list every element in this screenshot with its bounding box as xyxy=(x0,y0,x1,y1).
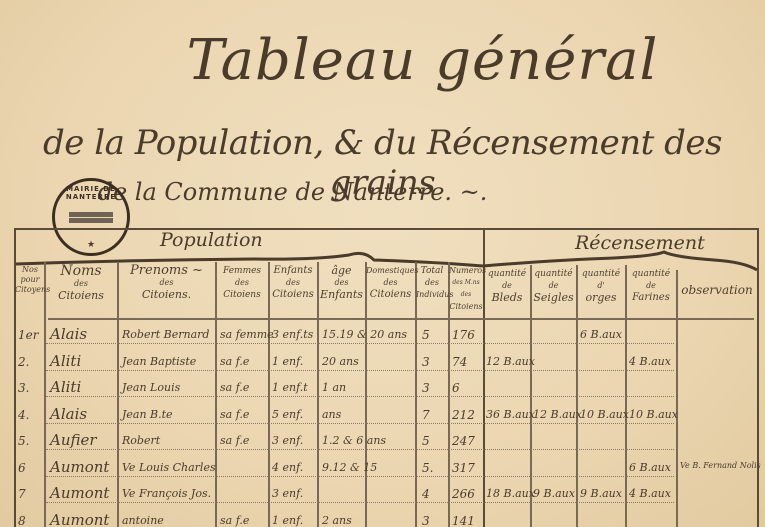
cell-numeros: 74 xyxy=(452,355,482,369)
cell-noms: Aumont xyxy=(50,484,116,502)
cell-farines: 10 B.aux xyxy=(629,408,675,421)
cell-numeros: 6 xyxy=(452,381,482,395)
cell-num: 6 xyxy=(18,461,42,475)
cell-num: 8 xyxy=(18,514,42,527)
col-header-prenoms: Prenoms ~desCitoiens. xyxy=(118,265,215,301)
cell-noms: Alais xyxy=(50,405,116,423)
row-dotted-leader xyxy=(46,476,674,477)
cell-enfants: 1 enf.t xyxy=(272,381,316,394)
stamp-line-1: ARCHIVES xyxy=(69,212,113,217)
cell-age: 1 an xyxy=(322,381,364,394)
cell-numeros: 141 xyxy=(452,514,482,527)
cell-femmes: sa f.e xyxy=(220,514,266,527)
cell-num: 3. xyxy=(18,381,42,395)
cell-total: 4 xyxy=(422,487,446,501)
col-header-noms: NomsdesCitoiens xyxy=(45,265,117,302)
col-header-femmes: FemmesdesCitoiens xyxy=(216,265,268,301)
cell-farines: 4 B.aux xyxy=(629,487,675,500)
col-header-observation: observation xyxy=(677,284,757,296)
cell-num: 1er xyxy=(18,328,42,342)
cell-total: 3 xyxy=(422,355,446,369)
cell-enfants: 1 enf. xyxy=(272,514,316,527)
col-header-farines: quantitédeFarines xyxy=(626,268,676,304)
cell-age: 20 ans xyxy=(322,355,364,368)
col-header-age: âgedesEnfants xyxy=(318,265,365,301)
cell-bleds: 36 B.aux xyxy=(486,408,530,421)
cell-numeros: 176 xyxy=(452,328,482,342)
cell-enfants: 3 enf. xyxy=(272,487,316,500)
col-divider xyxy=(317,262,319,527)
cell-numeros: 247 xyxy=(452,434,482,448)
stamp-inner: ARCHIVES COMMUNALES xyxy=(69,211,113,224)
col-header-bleds: quantitédeBleds xyxy=(484,268,530,305)
cell-prenoms: Ve Louis Charles xyxy=(122,461,214,474)
cell-orges: 9 B.aux xyxy=(580,487,624,500)
archives-stamp: MAIRIE DE NANTERRE ARCHIVES COMMUNALES ★ xyxy=(52,178,130,256)
cell-total: 3 xyxy=(422,381,446,395)
cell-total: 3 xyxy=(422,514,446,527)
cell-enfants: 5 enf. xyxy=(272,408,316,421)
row-dotted-leader xyxy=(46,343,674,344)
row-dotted-leader xyxy=(46,449,674,450)
cell-femmes: sa f.e xyxy=(220,434,266,447)
cell-orges: 10 B.aux xyxy=(580,408,624,421)
col-header-seigles: quantitédeSeigles xyxy=(531,268,576,305)
cell-bleds: 18 B.aux xyxy=(486,487,530,500)
cell-numeros: 212 xyxy=(452,408,482,422)
cell-prenoms: Robert Bernard xyxy=(122,328,214,341)
cell-enfants: 4 enf. xyxy=(272,461,316,474)
cell-prenoms: Ve François Jos. xyxy=(122,487,214,500)
cell-age: 9.12 & 15 xyxy=(322,461,364,474)
col-divider xyxy=(415,262,417,527)
cell-age: ans xyxy=(322,408,364,421)
col-divider xyxy=(268,262,270,527)
row-dotted-leader xyxy=(46,502,674,503)
document-title: Tableau général xyxy=(40,28,765,93)
cell-bleds: 12 B.aux xyxy=(486,355,530,368)
cell-farines: 6 B.aux xyxy=(629,461,675,474)
col-divider xyxy=(117,262,119,527)
cell-num: 2. xyxy=(18,355,42,369)
cell-age: 15.19 & 20 ans xyxy=(322,328,364,341)
cell-num: 4. xyxy=(18,408,42,422)
col-divider xyxy=(215,262,217,527)
cell-noms: Alais xyxy=(50,325,116,343)
cell-enfants: 3 enf. xyxy=(272,434,316,447)
cell-numeros: 266 xyxy=(452,487,482,501)
cell-total: 5. xyxy=(422,461,446,475)
group-population: Population xyxy=(160,229,263,251)
group-recensement: Récensement xyxy=(575,232,705,254)
cell-prenoms: antoine xyxy=(122,514,214,527)
cell-farines: 4 B.aux xyxy=(629,355,675,368)
cell-age: 1.2 & 6 ans xyxy=(322,434,364,447)
stamp-outer-text: MAIRIE DE NANTERRE xyxy=(55,185,127,201)
col-header-total: TotaldesIndividus xyxy=(416,265,448,301)
cell-femmes: sa f.e xyxy=(220,381,266,394)
star-icon: ★ xyxy=(55,240,127,250)
col-header-enfants: EnfantsdesCitoiens xyxy=(269,265,317,301)
cell-observation: Ve B. Fernand Nolis xyxy=(680,461,756,470)
col-header-domestiques: DomestiquesdesCitoiens xyxy=(366,265,415,301)
cell-femmes: sa femme xyxy=(220,328,266,341)
cell-age: 2 ans xyxy=(322,514,364,527)
cell-noms: Aliti xyxy=(50,378,116,396)
cell-noms: Aumont xyxy=(50,511,116,527)
cell-noms: Aliti xyxy=(50,352,116,370)
cell-seigles: 9 B.aux xyxy=(533,487,575,500)
row-dotted-leader xyxy=(46,370,674,371)
cell-seigles: 12 B.aux xyxy=(533,408,575,421)
cell-num: 7 xyxy=(18,487,42,501)
cell-total: 5 xyxy=(422,328,446,342)
table-top-border xyxy=(14,228,758,230)
table-right-border xyxy=(757,228,759,527)
cell-prenoms: Jean Baptiste xyxy=(122,355,214,368)
cell-femmes: sa f.e xyxy=(220,408,266,421)
cell-noms: Aumont xyxy=(50,458,116,476)
cell-enfants: 3 enf.ts xyxy=(272,328,316,341)
col-header-num: Nospour Citoyens xyxy=(15,265,45,295)
header-bottom-rule xyxy=(48,318,754,320)
cell-orges: 6 B.aux xyxy=(580,328,624,341)
row-dotted-leader xyxy=(46,396,674,397)
col-header-numeros: Numerosdes M.ns desCitoiens xyxy=(449,265,483,313)
cell-total: 7 xyxy=(422,408,446,422)
cell-prenoms: Jean Louis xyxy=(122,381,214,394)
cell-num: 5. xyxy=(18,434,42,448)
cell-prenoms: Robert xyxy=(122,434,214,447)
col-divider xyxy=(676,270,678,527)
cell-prenoms: Jean B.te xyxy=(122,408,214,421)
cell-total: 5 xyxy=(422,434,446,448)
col-header-orges: quantitéd'orges xyxy=(577,268,625,305)
cell-numeros: 317 xyxy=(452,461,482,475)
cell-femmes: sa f.e xyxy=(220,355,266,368)
row-dotted-leader xyxy=(46,423,674,424)
cell-noms: Aufier xyxy=(50,431,116,449)
cell-enfants: 1 enf. xyxy=(272,355,316,368)
stamp-line-2: COMMUNALES xyxy=(69,218,113,223)
col-divider xyxy=(365,262,367,527)
